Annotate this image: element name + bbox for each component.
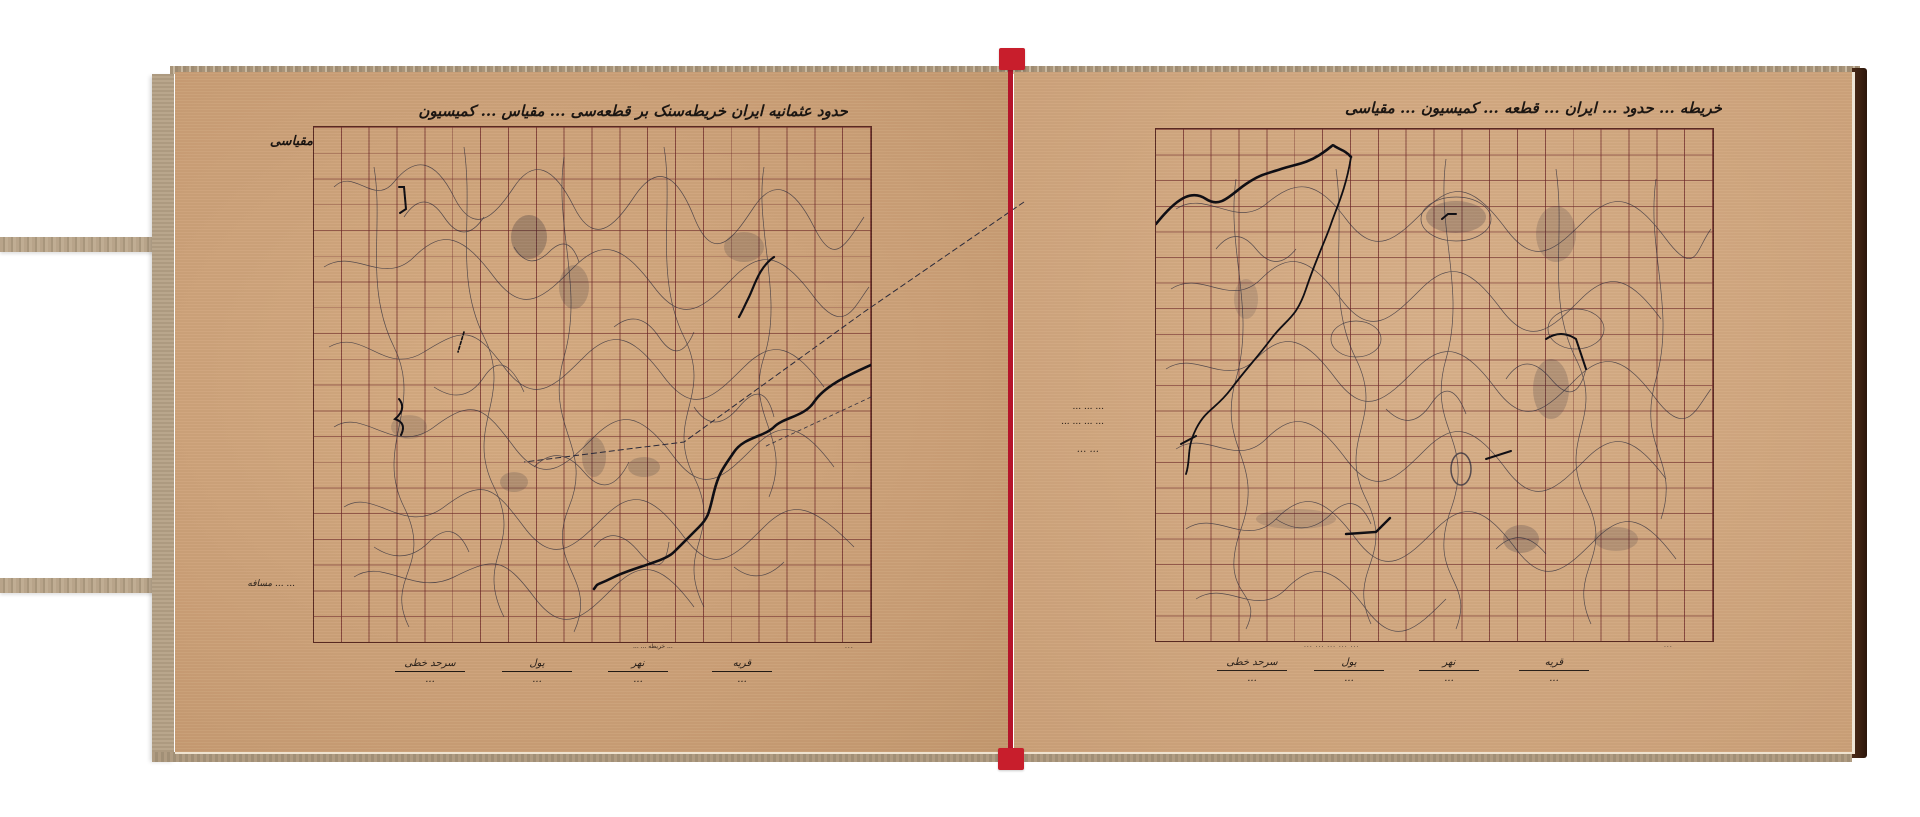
right-map-grid <box>1155 128 1714 642</box>
legend-label: نهر <box>632 658 645 669</box>
right-legend-item-1: سرحد خطی ... <box>1217 657 1287 684</box>
center-spine <box>1008 60 1013 760</box>
left-margin-note: ... ... مسافه <box>227 579 295 589</box>
cloth-tie-upper <box>0 237 158 252</box>
legend-line-symbol <box>502 671 572 672</box>
left-grid-caption-left: ... ... خریطه ... <box>633 643 673 650</box>
right-margin-note-2: ... ... ... ... <box>1034 417 1104 427</box>
right-legend-item-4: قریه ... <box>1519 657 1589 684</box>
ribbon-tab-bottom <box>998 748 1024 770</box>
left-grid-caption-right: ... <box>845 643 854 650</box>
legend-label: یول <box>1341 657 1356 668</box>
legend-line-symbol <box>395 671 465 672</box>
legend-line-symbol <box>608 671 668 672</box>
right-grid-caption-left: ... ... ... ... ... <box>1304 642 1359 649</box>
legend-label: سرحد خطی <box>1226 657 1277 668</box>
right-grid-caption-right: ... <box>1664 642 1673 649</box>
legend-sublabel: ... <box>737 674 747 685</box>
legend-label: قریه <box>733 658 751 669</box>
left-sheet-heading-line2: مقیاسی <box>263 134 313 149</box>
left-legend-item-2: یول ... <box>502 658 572 685</box>
legend-sublabel: ... <box>1444 673 1454 684</box>
legend-line-symbol <box>712 671 772 672</box>
legend-sublabel: ... <box>532 674 542 685</box>
cloth-tie-lower <box>0 578 158 593</box>
left-sheet-heading: حدود عثمانیه ایران خریطه‌سنک بر قطعه‌سی … <box>293 102 848 120</box>
legend-line-symbol <box>1519 670 1589 671</box>
legend-sublabel: ... <box>1247 673 1257 684</box>
right-sheet-heading: خریطه ... حدود ... ایران ... قطعه ... کم… <box>1152 99 1722 117</box>
ribbon-tab-top <box>999 48 1025 70</box>
legend-sublabel: ... <box>633 674 643 685</box>
left-legend-item-4: قریه ... <box>712 658 772 685</box>
right-margin-note-1: ... ... ... <box>1034 402 1104 412</box>
legend-sublabel: ... <box>425 674 435 685</box>
right-map-drawing <box>1156 129 1713 641</box>
right-margin-note-3: ... ... <box>1054 444 1099 455</box>
right-sheet: خریطه ... حدود ... ایران ... قطعه ... کم… <box>1014 72 1855 754</box>
legend-label: سرحد خطی <box>404 658 455 669</box>
left-legend-item-1: سرحد خطی ... <box>395 658 465 685</box>
board-left <box>152 74 174 760</box>
legend-sublabel: ... <box>1344 673 1354 684</box>
legend-label: یول <box>529 658 544 669</box>
route-line <box>694 132 1194 472</box>
legend-line-symbol <box>1217 670 1287 671</box>
legend-line-symbol <box>1314 670 1384 671</box>
legend-sublabel: ... <box>1549 673 1559 684</box>
right-legend-item-3: نهر ... <box>1419 657 1479 684</box>
left-legend-item-3: نهر ... <box>608 658 668 685</box>
right-legend-item-2: یول ... <box>1314 657 1384 684</box>
legend-label: نهر <box>1443 657 1456 668</box>
legend-line-symbol <box>1419 670 1479 671</box>
legend-label: قریه <box>1545 657 1563 668</box>
